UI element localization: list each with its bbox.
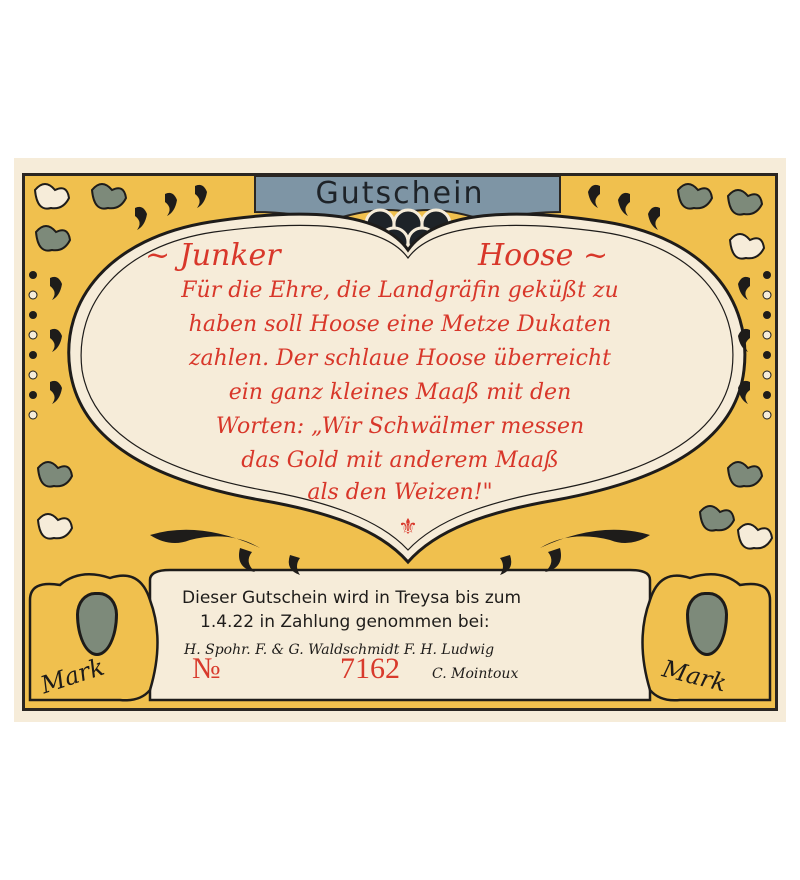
story-line: das Gold mit anderem Maaß <box>0 448 800 473</box>
story-line: haben soll Hoose eine Metze Dukaten <box>0 312 800 337</box>
story-line: Für die Ehre, die Landgräfin geküßt zu <box>0 278 800 303</box>
serial-label: № <box>192 652 221 686</box>
story-line: als den Weizen!" <box>0 480 800 505</box>
story-line: ein ganz kleines Maaß mit den <box>0 380 800 405</box>
ornament-layer: ⚜ <box>0 0 800 880</box>
serial-number: 7162 <box>340 652 400 686</box>
heading-hoose: Hoose ~ <box>478 238 608 273</box>
story-line: Worten: „Wir Schwälmer messen <box>0 414 800 439</box>
story-line: zahlen. Der schlaue Hoose überreicht <box>0 346 800 371</box>
voucher-title: Gutschein <box>0 176 800 211</box>
validity-line-1: Dieser Gutschein wird in Treysa bis zum <box>182 588 521 608</box>
validity-line-2: 1.4.22 in Zahlung genommen bei: <box>200 612 490 632</box>
heading-junker: ~ Junker <box>145 238 281 273</box>
signatures-line-2: C. Mointoux <box>432 666 518 682</box>
fleur-icon: ⚜ <box>398 515 418 540</box>
